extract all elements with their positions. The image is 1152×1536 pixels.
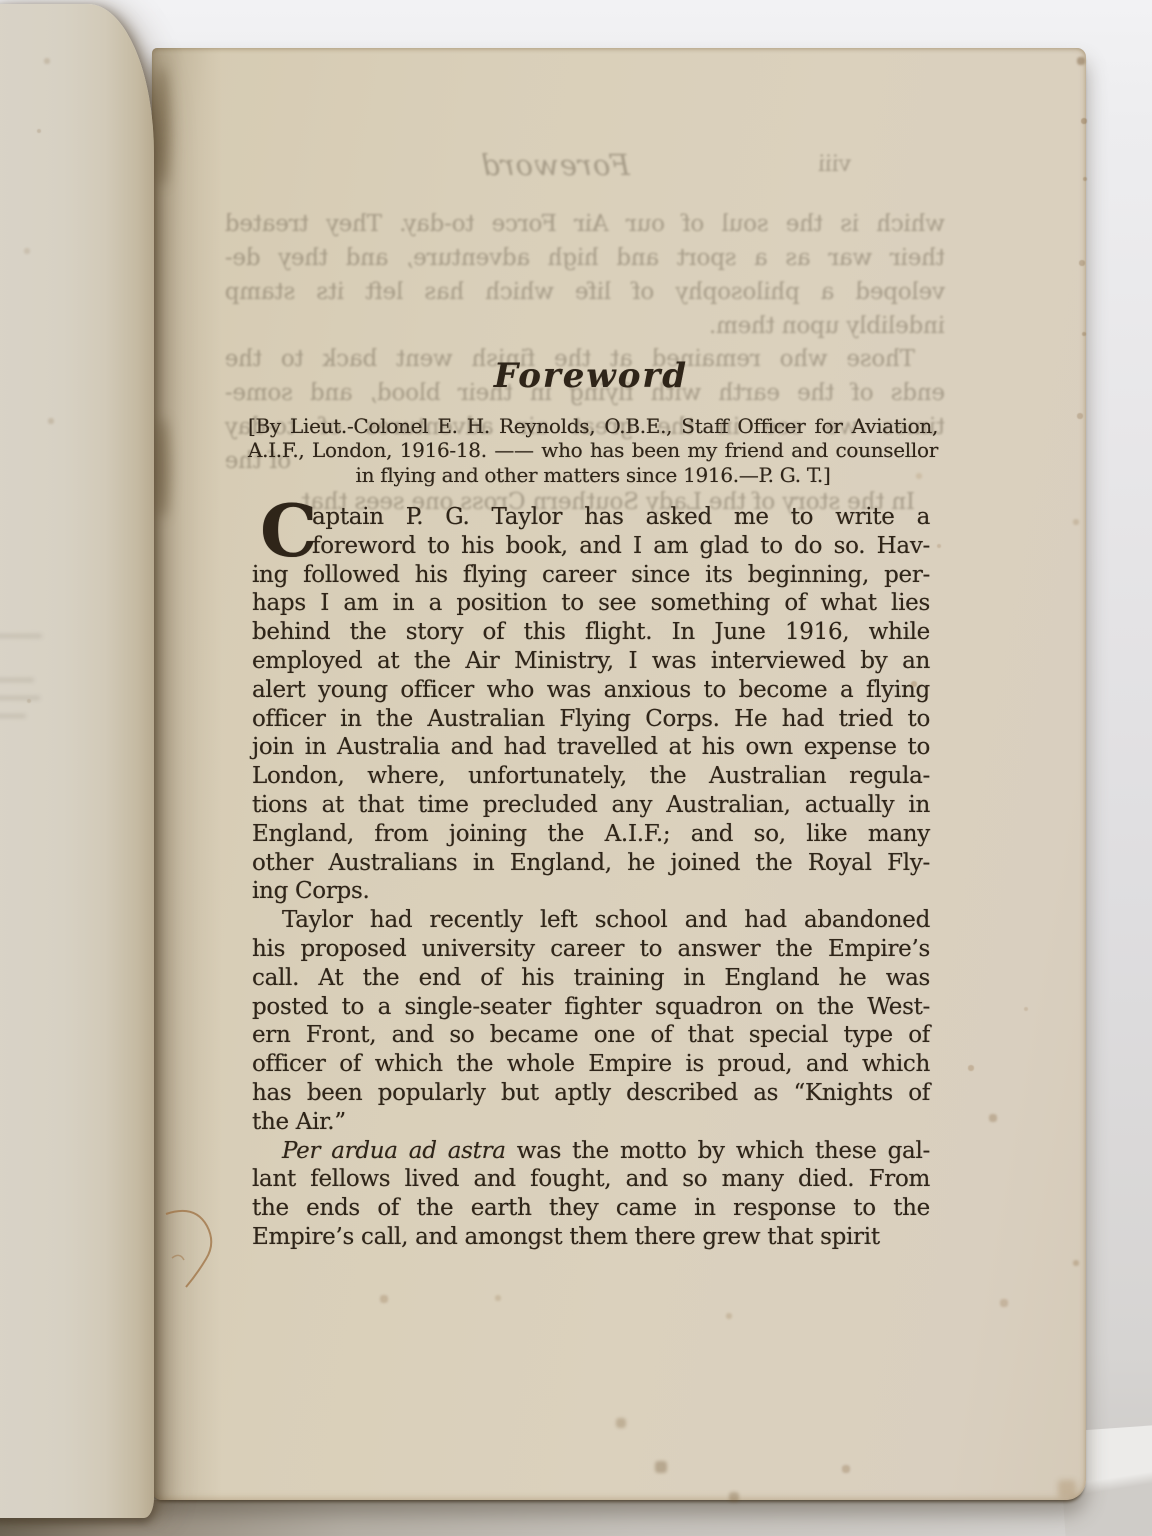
book-photo: viii Foreword which is the soul of our A…: [0, 0, 1152, 1536]
hair-mark: [0, 0, 1152, 1536]
